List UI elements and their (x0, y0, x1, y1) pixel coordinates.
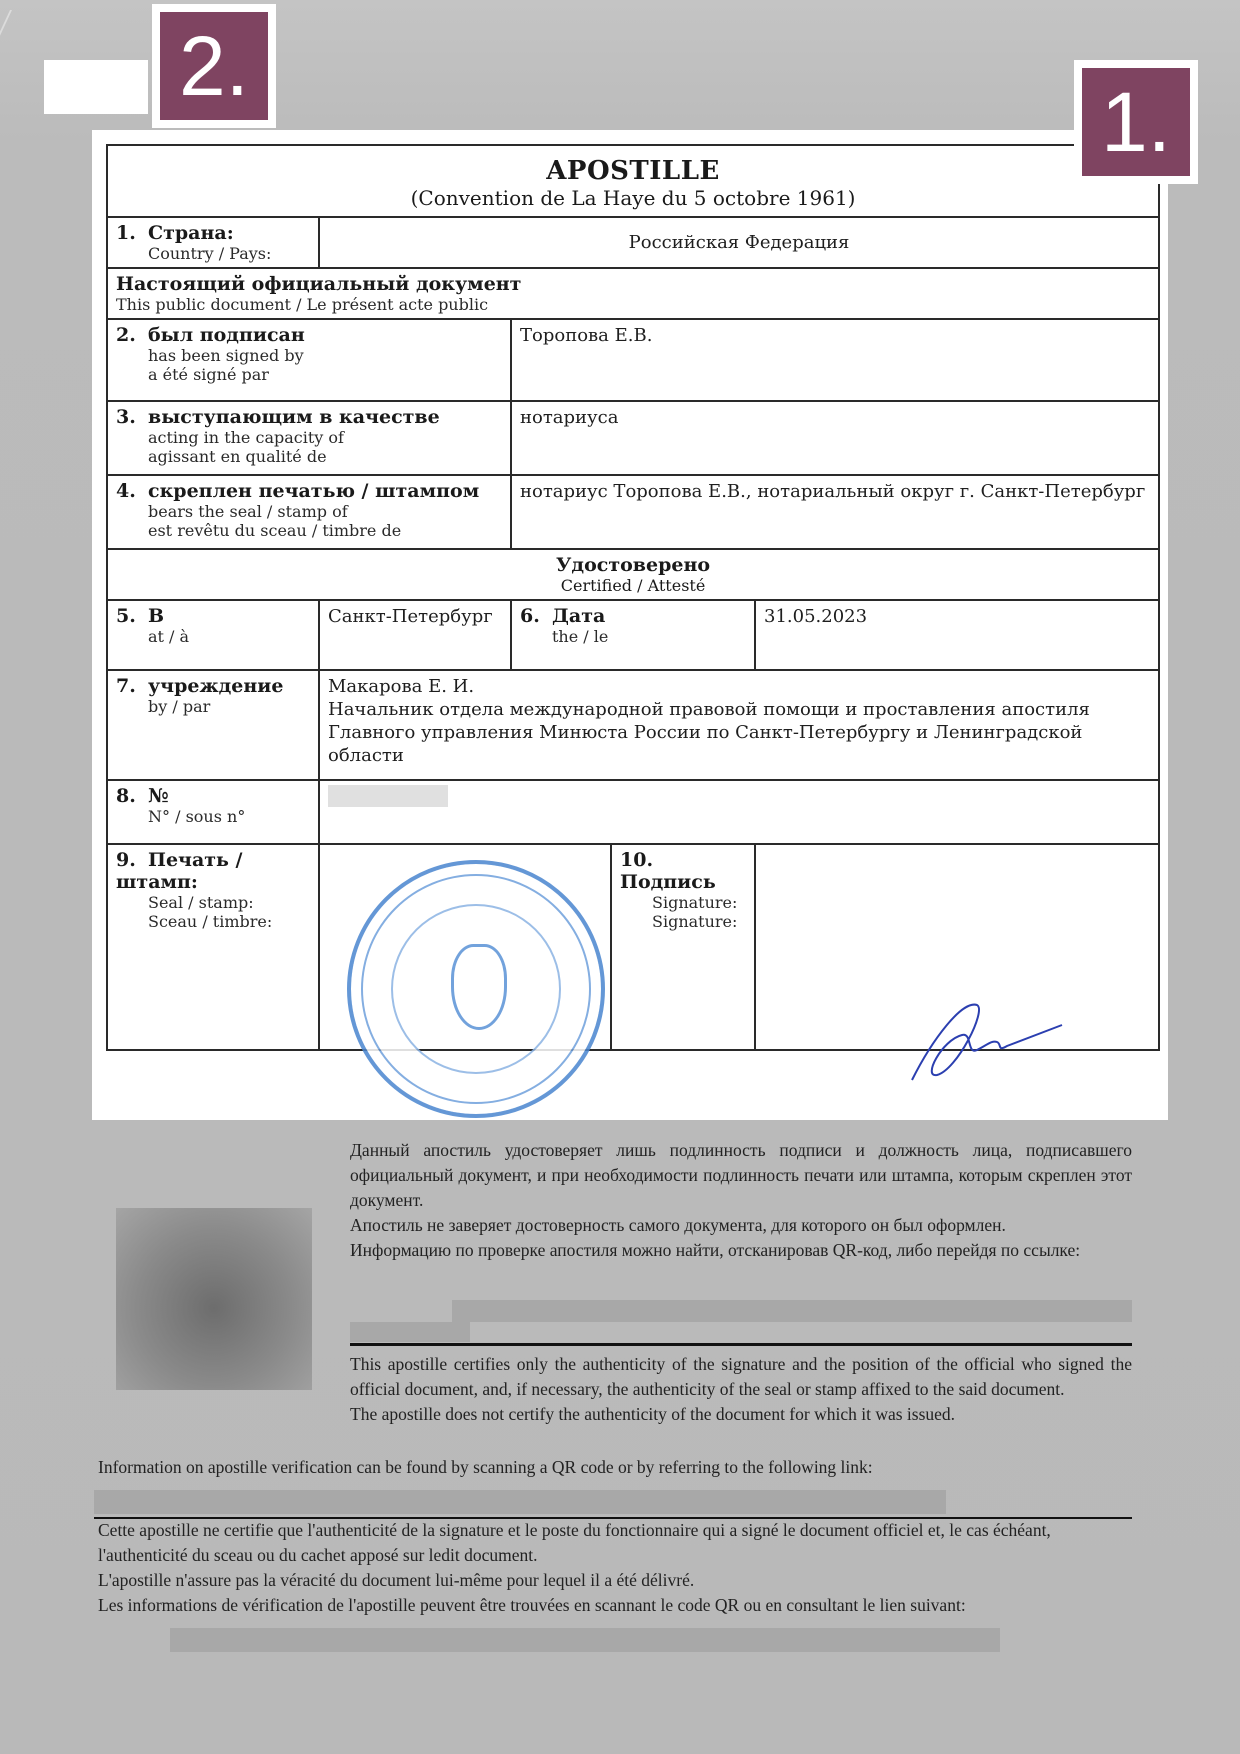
authority-position: Начальник отдела международной правовой … (328, 698, 1150, 767)
field-6-sublabel: the / le (520, 627, 746, 646)
field-3-sublabel-fr: agissant en qualité de (116, 447, 502, 466)
certified-label: Удостоверено (116, 554, 1150, 576)
field-4-sublabel-fr: est revêtu du sceau / timbre de (116, 521, 502, 540)
field-1-number: 1. (116, 222, 148, 244)
seal-of-value: нотариус Торопова Е.В., нотариальный окр… (511, 475, 1159, 549)
convention-subtitle: (Convention de La Haye du 5 octobre 1961… (116, 186, 1150, 210)
field-6-label: Дата (552, 605, 605, 627)
field-6-number: 6. (520, 605, 552, 627)
field-10-sublabel-en: Signature: (620, 893, 746, 912)
fr-link-redacted (170, 1628, 1000, 1652)
field-8-label: № (148, 785, 169, 807)
divider-ru-en (350, 1343, 1132, 1346)
apostille-sheet: APOSTILLE (Convention de La Haye du 5 oc… (92, 130, 1168, 1120)
ru-link-redacted (452, 1300, 1132, 1322)
english-notice: This apostille certifies only the authen… (350, 1352, 1132, 1427)
badge-1: 1. (1074, 60, 1198, 184)
qr-code-blurred (116, 1208, 312, 1390)
field-2-sublabel-fr: a été signé par (116, 365, 502, 384)
public-document-label: Настоящий официальный документ (116, 273, 1150, 295)
certified-sublabel: Certified / Attesté (116, 576, 1150, 595)
ru-notice-p3: Информацию по проверке апостиля можно на… (350, 1238, 1132, 1263)
field-2-number: 2. (116, 324, 148, 346)
en-link-redacted (94, 1490, 946, 1514)
apostille-title: APOSTILLE (116, 156, 1150, 186)
field-9-sublabel-en: Seal / stamp: (116, 893, 310, 912)
badge-2: 2. (152, 4, 276, 128)
field-7-row: 7.учреждение by / par Макарова Е. И. Нач… (107, 670, 1159, 780)
fr-notice-p1: Cette apostille ne certifie que l'authen… (98, 1518, 1132, 1568)
ru-notice-p2: Апостиль не заверяет достоверность самог… (350, 1213, 1132, 1238)
en-notice-p1: This apostille certifies only the authen… (350, 1352, 1132, 1402)
field-2-sublabel-en: has been signed by (116, 346, 502, 365)
coat-of-arms-icon (451, 944, 507, 1030)
date-value: 31.05.2023 (755, 600, 1159, 670)
field-10-sublabel-fr: Signature: (620, 912, 746, 931)
russian-notice: Данный апостиль удостоверяет лишь подлин… (350, 1138, 1132, 1263)
field-5-number: 5. (116, 605, 148, 627)
authority-name: Макарова Е. И. (328, 675, 1150, 698)
place-value: Санкт-Петербург (319, 600, 511, 670)
fr-notice-p3: Les informations de vérification de l'ap… (98, 1593, 1132, 1618)
fr-notice-p2: L'apostille n'assure pas la véracité du … (98, 1568, 1132, 1593)
title-row: APOSTILLE (Convention de La Haye du 5 oc… (107, 145, 1159, 217)
field-8-row: 8.№ N° / sous n° (107, 780, 1159, 844)
en-notice-p2: The apostille does not certify the authe… (350, 1402, 1132, 1427)
field-1-label: Страна: (148, 222, 234, 244)
apostille-table: APOSTILLE (Convention de La Haye du 5 oc… (106, 144, 1160, 1051)
field-7-number: 7. (116, 675, 148, 697)
field-1-row: 1.Страна: Country / Pays: Российская Фед… (107, 217, 1159, 268)
field-3-number: 3. (116, 406, 148, 428)
signed-by-value: Торопова Е.В. (511, 319, 1159, 401)
field-5-6-row: 5.В at / à Санкт-Петербург 6.Дата the / … (107, 600, 1159, 670)
ru-link-redacted-2 (350, 1322, 470, 1342)
field-2-label: был подписан (148, 324, 305, 346)
field-7-sublabel: by / par (116, 697, 310, 716)
handwritten-signature (902, 980, 1072, 1090)
field-4-row: 4.скреплен печатью / штампом bears the s… (107, 475, 1159, 549)
field-4-sublabel-en: bears the seal / stamp of (116, 502, 502, 521)
field-8-number: 8. (116, 785, 148, 807)
field-2-row: 2.был подписан has been signed by a été … (107, 319, 1159, 401)
field-1-sublabel: Country / Pays: (116, 244, 310, 263)
field-3-label: выступающим в качестве (148, 406, 440, 428)
capacity-value: нотариуса (511, 401, 1159, 475)
field-9-sublabel-fr: Sceau / timbre: (116, 912, 310, 931)
white-tab (44, 60, 148, 114)
ru-notice-p1: Данный апостиль удостоверяет лишь подлин… (350, 1138, 1132, 1213)
field-10-number: 10. (620, 849, 653, 871)
field-5-label: В (148, 605, 164, 627)
public-document-sublabel: This public document / Le présent acte p… (116, 295, 1150, 314)
certified-row: Удостоверено Certified / Attesté (107, 549, 1159, 600)
english-info: Information on apostille verification ca… (98, 1455, 1132, 1480)
public-document-row: Настоящий официальный документ This publ… (107, 268, 1159, 319)
french-notice: Cette apostille ne certifie que l'authen… (98, 1518, 1132, 1618)
field-4-number: 4. (116, 480, 148, 502)
country-value: Российская Федерация (319, 217, 1159, 268)
field-4-label: скреплен печатью / штампом (148, 480, 479, 502)
number-redacted (328, 785, 448, 807)
field-8-sublabel: N° / sous n° (116, 807, 310, 826)
field-9-number: 9. (116, 849, 148, 871)
field-7-label: учреждение (148, 675, 283, 697)
field-10-label: Подпись (620, 871, 716, 893)
field-5-sublabel: at / à (116, 627, 310, 646)
field-3-row: 3.выступающим в качестве acting in the c… (107, 401, 1159, 475)
official-seal-stamp (347, 860, 605, 1118)
field-3-sublabel-en: acting in the capacity of (116, 428, 502, 447)
